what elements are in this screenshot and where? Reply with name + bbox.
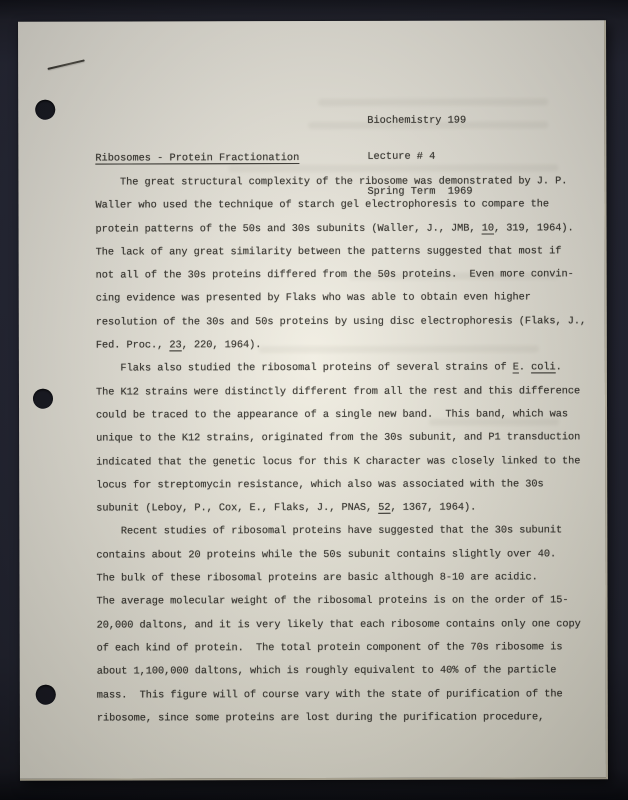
header-lecture-number: Lecture # 4 [367, 151, 472, 163]
text-line: could be traced to the appearance of a s… [96, 403, 598, 428]
text-line: The K12 strains were distinctly differen… [96, 380, 598, 405]
text-line: contains about 20 proteins while the 50s… [96, 543, 598, 568]
document-title: Ribosomes - Protein Fractionation [95, 152, 299, 165]
text-line: mass. This figure will of course vary wi… [97, 683, 599, 708]
staple-mark [47, 59, 84, 70]
text-line: protein patterns of the 50s and 30s subu… [96, 217, 598, 242]
desk-background: Biochemistry 199 Lecture # 4 Spring Term… [0, 0, 628, 800]
bleed-through-mark [318, 98, 548, 106]
text-line: indicated that the genetic locus for thi… [96, 450, 598, 475]
text-line: not all of the 30s proteins differed fro… [96, 263, 598, 288]
text-line: Waller who used the technique of starch … [95, 194, 597, 219]
bleed-through-mark [429, 418, 559, 425]
text-line: subunit (Leboy, P., Cox, E., Flaks, J., … [96, 496, 598, 521]
document-header: Biochemistry 199 Lecture # 4 Spring Term… [367, 92, 472, 223]
text-line: Flaks also studied the ribosomal protein… [96, 357, 598, 382]
text-line: The bulk of these ribosomal proteins are… [96, 566, 598, 591]
document-body: The great structural complexity of the r… [95, 170, 598, 730]
text-line: The great structural complexity of the r… [95, 170, 597, 195]
text-line: Recent studies of ribosomal proteins hav… [96, 520, 598, 545]
bleed-through-mark [228, 164, 558, 172]
text-line: locus for streptomycin resistance, which… [96, 473, 598, 498]
hole-punch-icon [35, 100, 55, 120]
bleed-through-mark [349, 272, 559, 280]
text-line: unique to the K12 strains, originated fr… [96, 427, 598, 452]
text-line: cing evidence was presented by Flaks who… [96, 287, 598, 312]
header-term: Spring Term 1969 [367, 187, 472, 199]
hole-punch-icon [33, 389, 53, 409]
document-page: Biochemistry 199 Lecture # 4 Spring Term… [18, 20, 608, 781]
text-line: resolution of the 30s and 50s proteins b… [96, 310, 598, 335]
text-line: of each kind of protein. The total prote… [97, 636, 599, 661]
text-line: The lack of any great similarity between… [96, 240, 598, 265]
hole-punch-icon [36, 685, 56, 705]
text-line: about 1,100,000 daltons, which is roughl… [97, 659, 599, 684]
text-line: 20,000 daltons, and it is very likely th… [97, 613, 599, 638]
header-course: Biochemistry 199 [367, 115, 472, 127]
text-line: The average molecular weight of the ribo… [96, 590, 598, 615]
bleed-through-mark [259, 345, 539, 353]
bleed-through-mark [308, 121, 548, 129]
text-line: ribosome, since some proteins are lost d… [97, 706, 599, 731]
text-line: Fed. Proc., 23, 220, 1964). [96, 333, 598, 358]
